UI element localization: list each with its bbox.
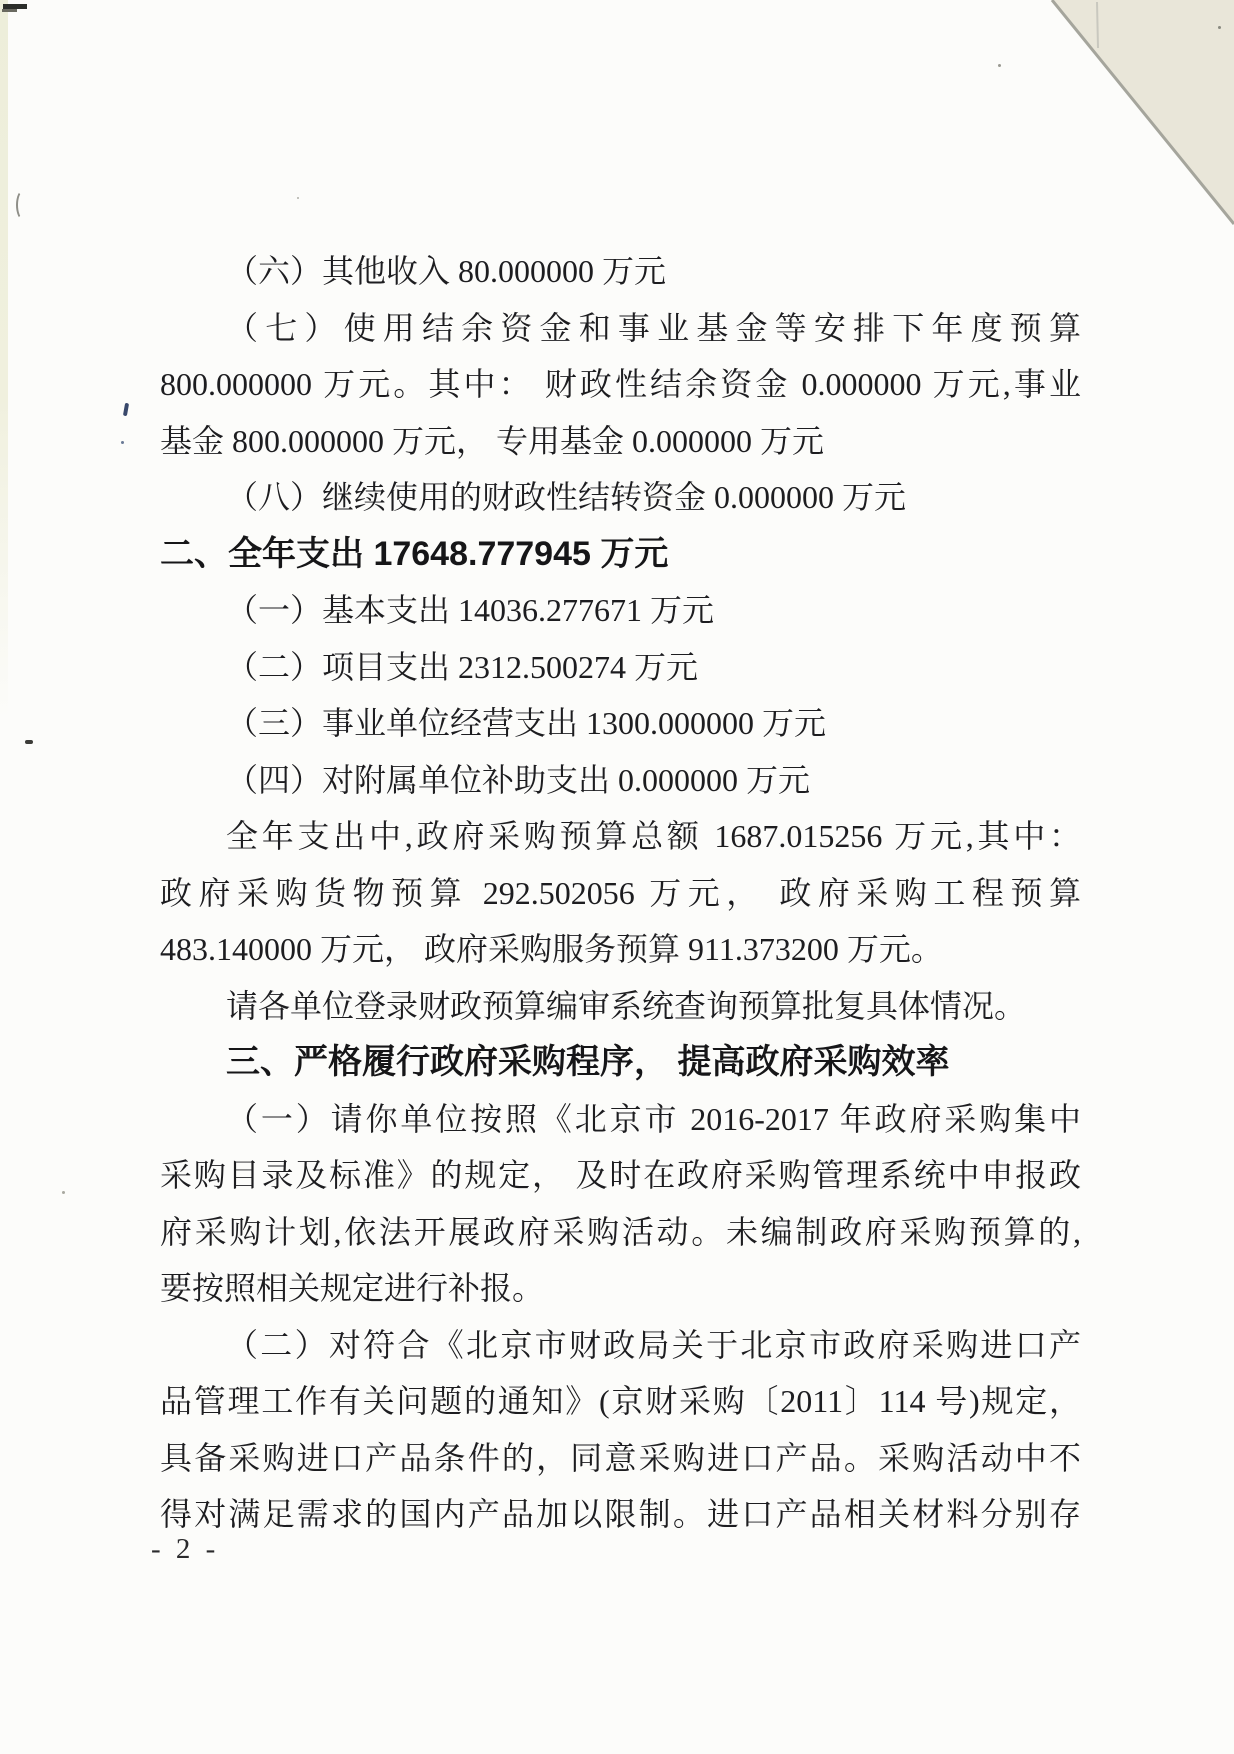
body-line: （一）请你单位按照《北京市 2016-2017 年政府采购集中: [160, 1091, 1081, 1148]
body-line: 483.140000 万元， 政府采购服务预算 911.373200 万元。: [160, 921, 1081, 978]
body-line: （二）对符合《北京市财政局关于北京市政府采购进口产: [160, 1317, 1081, 1374]
body-line: 全年支出中,政府采购预算总额 1687.015256 万元,其中：: [160, 808, 1081, 865]
scanned-page: （六）其他收入 80.000000 万元 （七）使用结余资金和事业基金等安排下年…: [0, 0, 1234, 1754]
scan-speck: [1218, 26, 1221, 29]
scan-speck: [998, 64, 1001, 67]
body-line: （一）基本支出 14036.277671 万元: [160, 582, 1081, 639]
body-line: 品管理工作有关问题的通知》(京财采购〔2011〕114 号)规定，: [160, 1373, 1081, 1430]
body-line: 800.000000 万元。其中： 财政性结余资金 0.000000 万元,事业: [160, 356, 1081, 413]
body-line: 政府采购货物预算 292.502056 万元， 政府采购工程预算: [160, 865, 1081, 922]
document-body: （六）其他收入 80.000000 万元 （七）使用结余资金和事业基金等安排下年…: [160, 243, 1081, 1543]
body-line: 要按照相关规定进行补报。: [160, 1260, 1081, 1317]
body-line: 具备采购进口产品条件的，同意采购进口产品。采购活动中不: [160, 1430, 1081, 1487]
body-line: 采购目录及标准》的规定， 及时在政府采购管理系统中申报政: [160, 1147, 1081, 1204]
body-line: 府采购计划,依法开展政府采购活动。未编制政府采购预算的,: [160, 1204, 1081, 1261]
page-fold-corner: [1050, 0, 1234, 228]
scan-speck: [62, 1191, 65, 1194]
scan-speck: [297, 197, 299, 199]
body-line: 基金 800.000000 万元， 专用基金 0.000000 万元: [160, 413, 1081, 470]
scan-corner-mark: [2, 9, 17, 12]
scan-left-edge-strip: [0, 0, 8, 720]
pen-tick-mark: [123, 403, 129, 416]
body-line: （二）项目支出 2312.500274 万元: [160, 639, 1081, 696]
scan-smudge: [16, 190, 30, 220]
body-line: （四）对附属单位补助支出 0.000000 万元: [160, 752, 1081, 809]
body-line: 请各单位登录财政预算编审系统查询预算批复具体情况。: [160, 978, 1081, 1035]
body-line: （七）使用结余资金和事业基金等安排下年度预算: [160, 300, 1081, 357]
heading-line: 二、全年支出 17648.777945 万元: [160, 526, 1081, 583]
body-line: （六）其他收入 80.000000 万元: [160, 243, 1081, 300]
body-line: （八）继续使用的财政性结转资金 0.000000 万元: [160, 469, 1081, 526]
page-number: - 2 -: [151, 1533, 219, 1566]
pen-dot-mark: [121, 441, 124, 444]
body-line: （三）事业单位经营支出 1300.000000 万元: [160, 695, 1081, 752]
body-line: 得对满足需求的国内产品加以限制。进口产品相关材料分别存: [160, 1486, 1081, 1543]
heading-line: 三、严格履行政府采购程序， 提高政府采购效率: [160, 1034, 1081, 1091]
scan-smudge: [25, 740, 33, 744]
